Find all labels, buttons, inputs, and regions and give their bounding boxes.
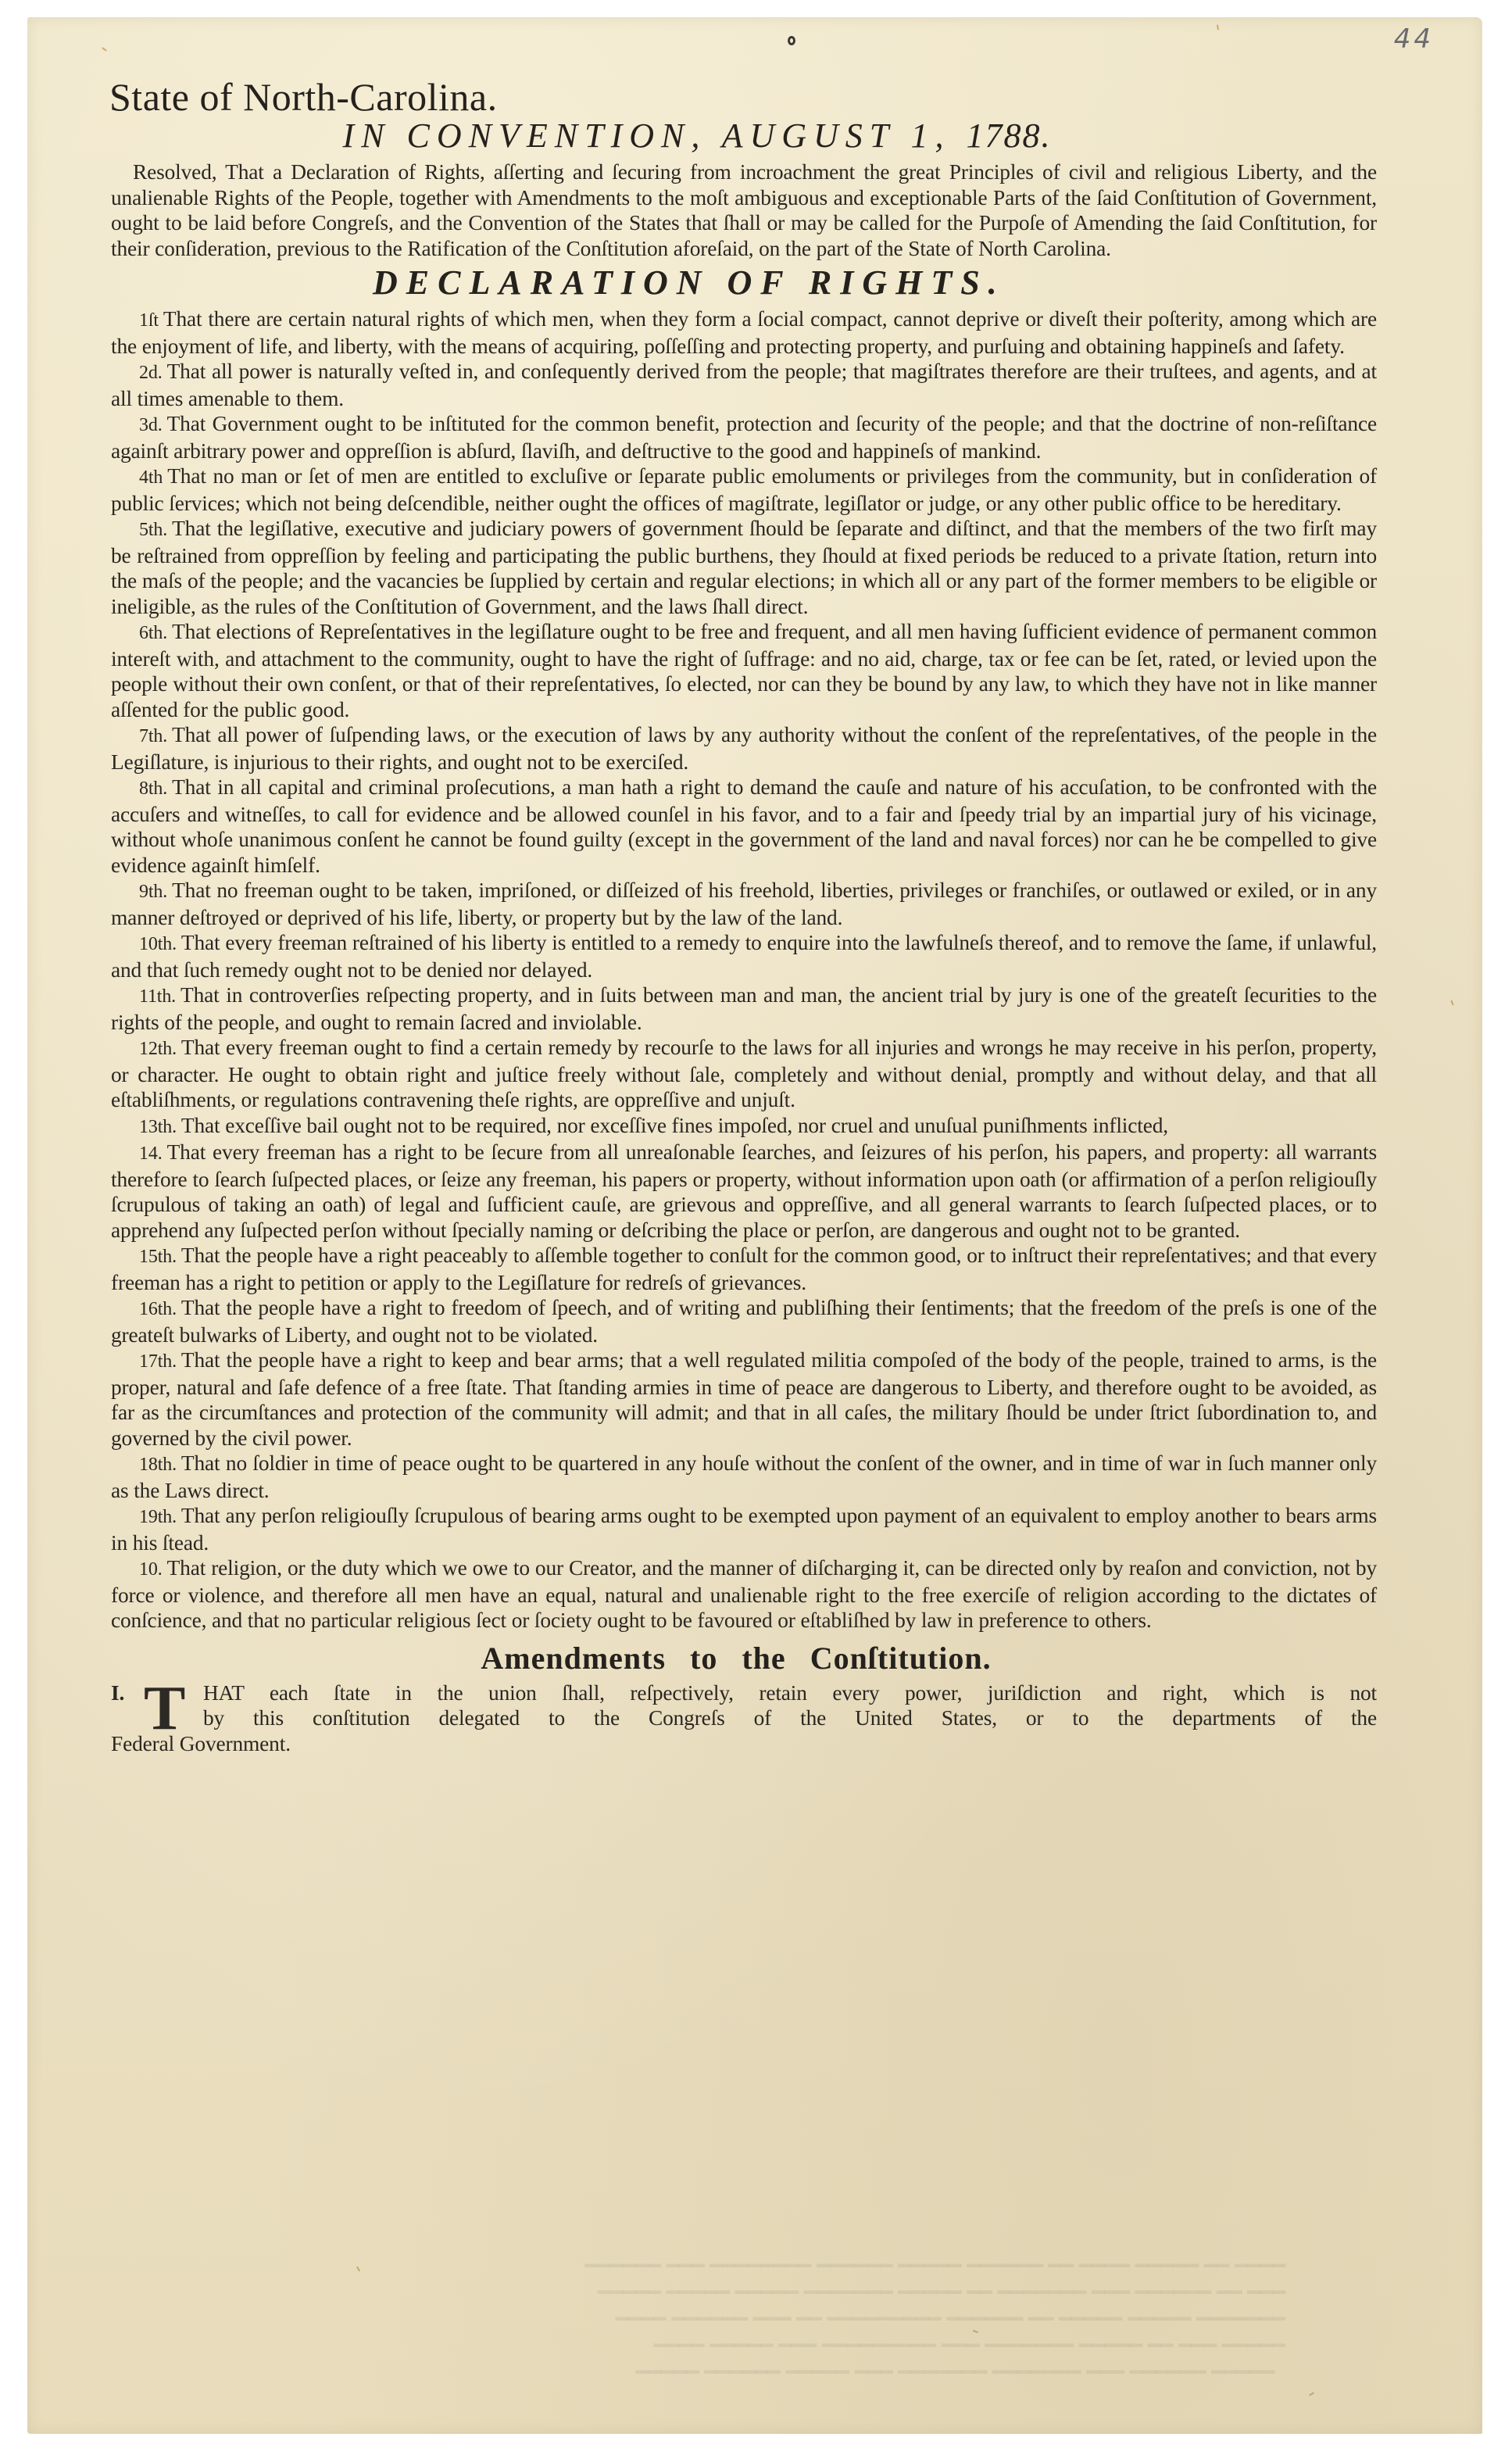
article-text: That in all capital and criminal proſecu… <box>111 775 1377 877</box>
amendment-line: by this conſtitution delegated to the Co… <box>111 1705 1377 1731</box>
article-number: 1ſt <box>139 310 159 331</box>
article-number: 18th. <box>139 1455 177 1475</box>
article-6: 6th.That elections of Repreſentatives in… <box>111 619 1377 722</box>
amendments-title: Amendments to the Conſtitution. <box>95 1638 1377 1679</box>
resolution-paragraph: Resolved, That a Declaration of Rights, … <box>111 159 1377 261</box>
article-18: 18th.That no ſoldier in time of peace ou… <box>111 1451 1377 1503</box>
article-text: That elections of Repreſentatives in the… <box>111 620 1377 721</box>
convention-date: IN CONVENTION, AUGUST 1, <box>343 116 951 155</box>
amendments-title-word: Conſtitution. <box>810 1641 992 1676</box>
article-text: That the people have a right to freedom … <box>111 1296 1377 1347</box>
paper-fiber <box>1450 1000 1453 1005</box>
article-text: That every freeman reſtrained of his lib… <box>111 931 1377 982</box>
article-14: 14.That every freeman has a right to be … <box>111 1140 1377 1243</box>
article-number: 7th. <box>139 726 167 746</box>
article-4: 4thThat no man or ſet of men are entitle… <box>111 463 1377 516</box>
article-number: 14. <box>139 1143 163 1164</box>
paper-fiber <box>1309 2392 1314 2396</box>
article-16: 16th.That the people have a right to fre… <box>111 1295 1377 1347</box>
article-number: 3d. <box>139 415 163 435</box>
amendments-title-word: Amendments <box>481 1641 666 1676</box>
article-number: 12th. <box>139 1039 177 1059</box>
text-block: State of North-Carolina. IN CONVENTION, … <box>111 73 1377 1756</box>
convention-year: 1788. <box>966 116 1051 155</box>
article-7: 7th.That all power of ſuſpending laws, o… <box>111 722 1377 775</box>
article-20: 10.That religion, or the duty which we o… <box>111 1555 1377 1634</box>
article-15: 15th.That the people have a right peacea… <box>111 1243 1377 1295</box>
article-number: 8th. <box>139 778 167 799</box>
article-number: 9th. <box>139 882 167 902</box>
reverse-side-show-through: ━━━━ ━━ ━━━━━ ━━━━ ━━ ━━━━━━ ━━━━━ ━━━━━… <box>113 2253 1285 2385</box>
declaration-title: DECLARATION OF RIGHTS. <box>373 263 1377 303</box>
amendment-line: HAT each ſtate in the union ſhall, reſpe… <box>111 1680 1377 1706</box>
article-text: That the people have a right to keep and… <box>111 1348 1377 1450</box>
amendment-line: Federal Government. <box>111 1731 1377 1757</box>
article-1: 1ſtThat there are certain natural rights… <box>111 306 1377 359</box>
article-12: 12th.That every freeman ought to find a … <box>111 1035 1377 1113</box>
article-text: That the legiſlative, executive and judi… <box>111 517 1377 618</box>
amendment-1: I. T HAT each ſtate in the union ſhall, … <box>111 1680 1377 1757</box>
article-8: 8th.That in all capital and criminal pro… <box>111 775 1377 878</box>
article-text: That religion, or the duty which we owe … <box>111 1556 1377 1632</box>
article-text: That exceſſive bail ought not to be requ… <box>181 1114 1168 1137</box>
article-text: That the people have a right peaceably t… <box>111 1244 1377 1294</box>
article-number: 10. <box>139 1559 163 1580</box>
article-10: 10th.That every freeman reſtrained of hi… <box>111 930 1377 982</box>
article-number: 10th. <box>139 934 177 954</box>
article-text: That all power is naturally veſted in, a… <box>111 360 1377 410</box>
convention-heading: IN CONVENTION, AUGUST 1, 1788. <box>17 117 1377 155</box>
article-text: That any perſon religiouſly ſcrupulous o… <box>111 1504 1377 1555</box>
article-number: 19th. <box>139 1507 177 1527</box>
article-number: 6th. <box>139 623 167 643</box>
article-19: 19th.That any perſon religiouſly ſcrupul… <box>111 1503 1377 1555</box>
article-text: That no ſoldier in time of peace ought t… <box>111 1451 1377 1502</box>
declaration-articles: 1ſtThat there are certain natural rights… <box>111 306 1377 1634</box>
ink-dot-mark <box>788 36 795 45</box>
article-text: That every freeman has a right to be ſec… <box>111 1140 1377 1242</box>
article-text: That no man or ſet of men are entitled t… <box>111 464 1377 515</box>
article-number: 13th. <box>139 1117 177 1137</box>
article-number: 15th. <box>139 1247 177 1267</box>
amendments-title-word: to <box>690 1641 717 1676</box>
paper-fiber <box>973 2330 978 2333</box>
pencil-page-number: 44 <box>1394 23 1434 55</box>
article-number: 16th. <box>139 1299 177 1319</box>
article-number: 17th. <box>139 1351 177 1372</box>
article-2: 2d.That all power is naturally veſted in… <box>111 359 1377 411</box>
article-9: 9th.That no freeman ought to be taken, i… <box>111 878 1377 930</box>
article-text: That no freeman ought to be taken, impri… <box>111 879 1377 929</box>
article-text: That all power of ſuſpending laws, or th… <box>111 723 1377 774</box>
article-text: That in controverſies reſpecting propert… <box>111 983 1377 1034</box>
article-13: 13th.That exceſſive bail ought not to be… <box>111 1113 1377 1140</box>
article-text: That every freeman ought to find a certa… <box>111 1036 1377 1111</box>
article-17: 17th.That the people have a right to kee… <box>111 1347 1377 1451</box>
article-text: That there are certain natural rights of… <box>111 307 1377 358</box>
amendments-title-word: the <box>742 1641 785 1676</box>
paper-fiber <box>356 2266 360 2271</box>
article-text: That Government ought to be inſtituted f… <box>111 412 1377 463</box>
article-number: 4th <box>139 467 163 488</box>
article-number: 5th. <box>139 520 167 540</box>
article-number: 2d. <box>139 363 163 383</box>
drop-cap: T <box>144 1677 185 1740</box>
document-page: 44 State of North-Carolina. IN CONVENTIO… <box>27 17 1482 2434</box>
article-3: 3d.That Government ought to be inſtitute… <box>111 411 1377 463</box>
article-11: 11th.That in controverſies reſpecting pr… <box>111 982 1377 1035</box>
state-title: State of North-Carolina. <box>109 73 1377 120</box>
paper-fiber <box>102 47 107 52</box>
paper-fiber <box>1217 24 1219 30</box>
amendment-number: I. <box>111 1680 124 1706</box>
article-number: 11th. <box>139 986 176 1007</box>
article-5: 5th.That the legiſlative, executive and … <box>111 516 1377 619</box>
